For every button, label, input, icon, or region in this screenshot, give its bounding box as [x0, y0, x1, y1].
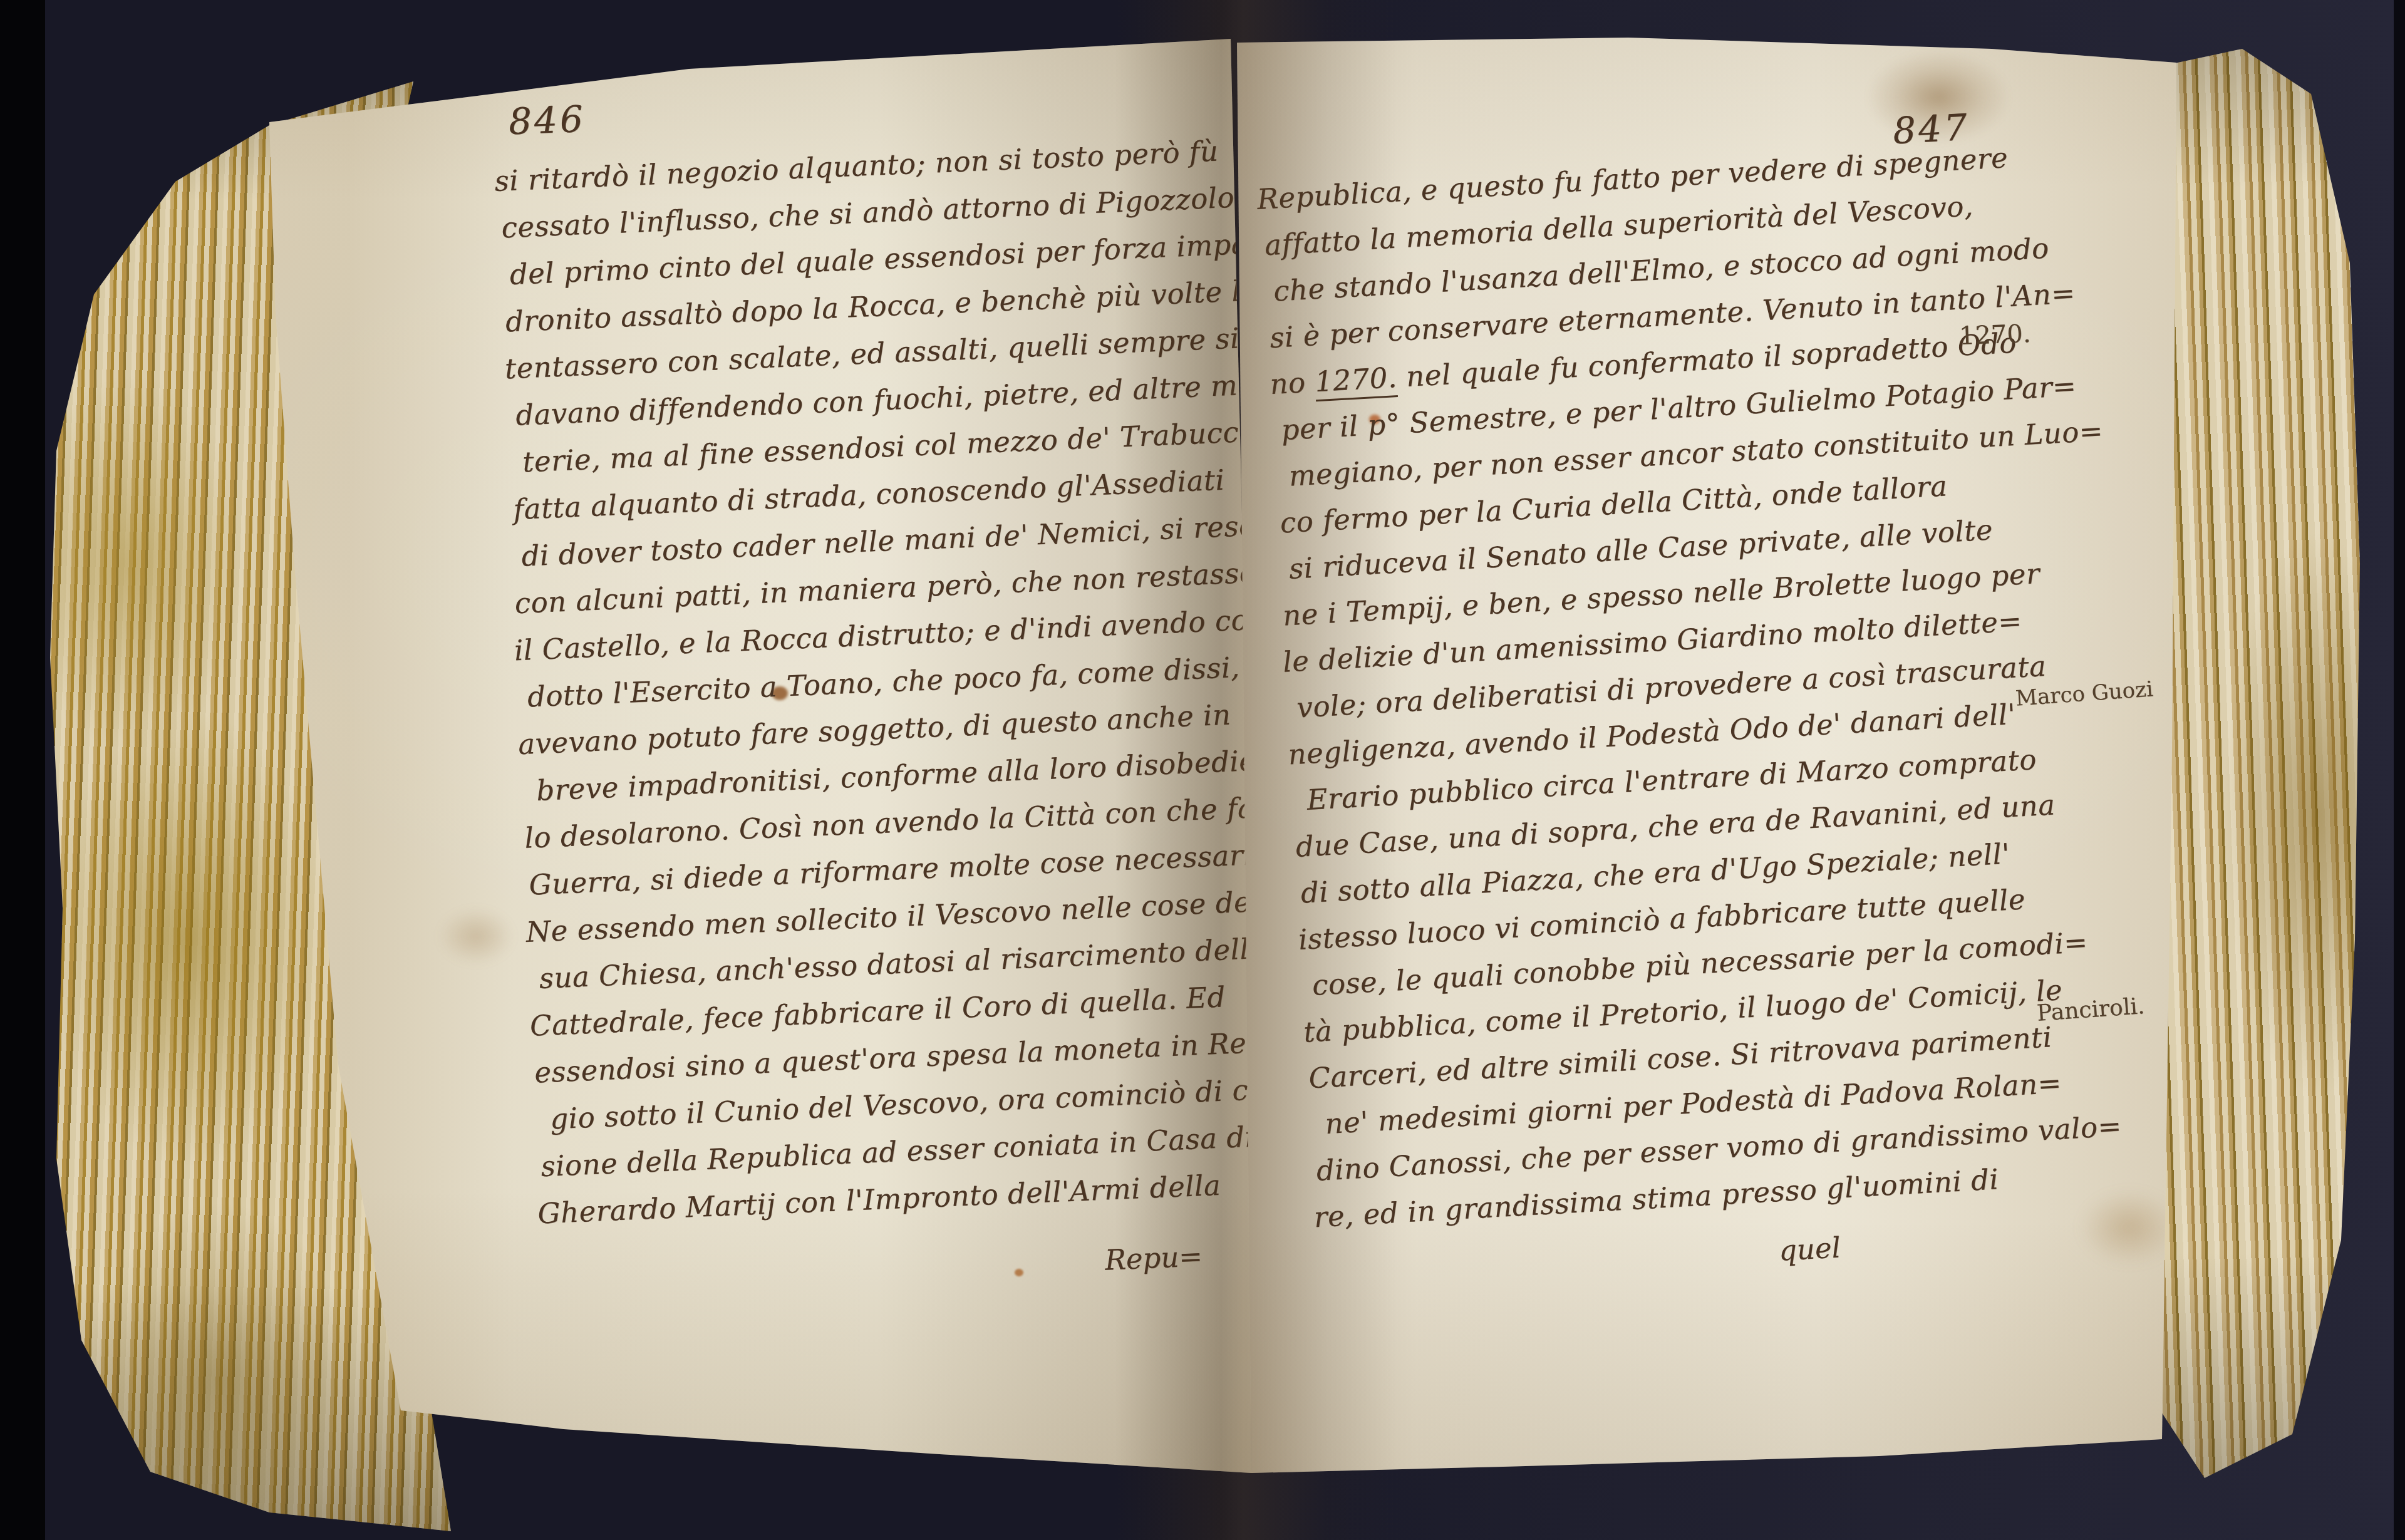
- right-page-catchword: quel: [1778, 1231, 1842, 1267]
- foxing-stain: [1015, 1269, 1023, 1276]
- foxing-stain: [2079, 1190, 2180, 1265]
- margin-note-year-1270: 1270.: [1958, 319, 2031, 351]
- left-page-catchword: Repu=: [1027, 1239, 1203, 1280]
- right-page-text-block: Republica, e questo fu fatto per vedere …: [1256, 133, 2097, 1241]
- photograph-background: 846 si ritardò il negozio alquanto; non …: [0, 0, 2405, 1540]
- scan-edge-strip-left: [0, 0, 45, 1540]
- scan-edge-strip-right: [2394, 0, 2405, 1540]
- foxing-stain: [438, 908, 514, 964]
- left-page-text-block: si ritardò il negozio alquanto; non si t…: [494, 125, 1321, 1238]
- left-page-number: 846: [508, 98, 586, 143]
